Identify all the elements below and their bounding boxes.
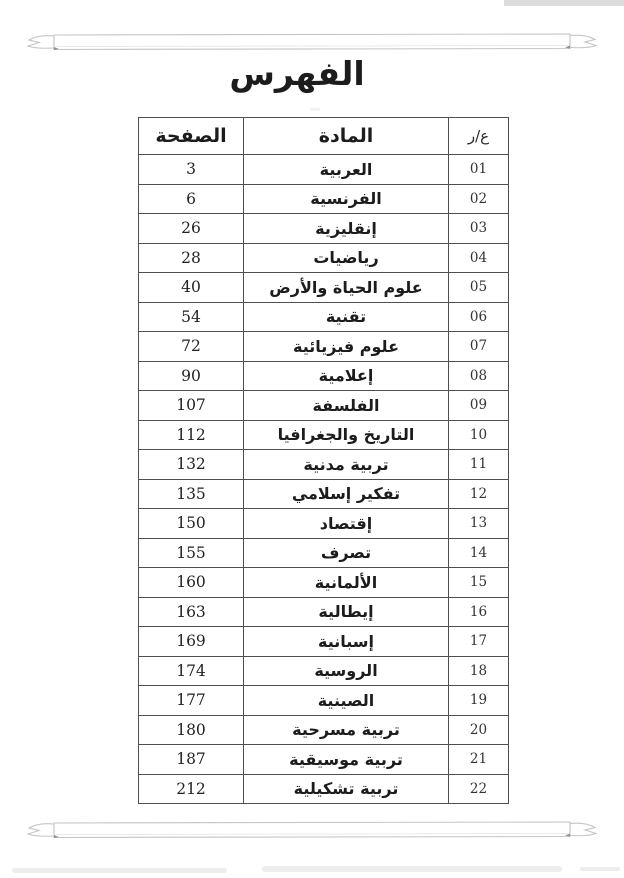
row-page: 155 — [139, 538, 244, 568]
table-row: 20 تربية مسرحية 180 — [139, 715, 509, 745]
row-number: 14 — [449, 538, 509, 568]
row-number: 05 — [449, 273, 509, 303]
table-row: 15 الألمانية 160 — [139, 568, 509, 598]
row-page: 112 — [139, 420, 244, 450]
table-row: 22 تربية تشكيلية 212 — [139, 774, 509, 804]
row-page: 72 — [139, 332, 244, 362]
row-subject: تربية تشكيلية — [244, 774, 449, 804]
row-page: 169 — [139, 627, 244, 657]
scan-artifact — [12, 868, 227, 873]
row-number: 02 — [449, 184, 509, 214]
row-page: 180 — [139, 715, 244, 745]
row-subject: تربية مسرحية — [244, 715, 449, 745]
table-row: 17 إسبانية 169 — [139, 627, 509, 657]
row-subject: إنقليزية — [244, 214, 449, 244]
row-subject: إقتصاد — [244, 509, 449, 539]
row-number: 13 — [449, 509, 509, 539]
row-subject: إيطالية — [244, 597, 449, 627]
ribbon-ornament-bottom — [26, 817, 598, 851]
row-page: 28 — [139, 243, 244, 273]
table-row: 21 تربية موسيقية 187 — [139, 745, 509, 775]
row-page: 40 — [139, 273, 244, 303]
row-page: 3 — [139, 155, 244, 185]
row-page: 107 — [139, 391, 244, 421]
table-row: 03 إنقليزية 26 — [139, 214, 509, 244]
row-number: 20 — [449, 715, 509, 745]
row-number: 07 — [449, 332, 509, 362]
row-number: 09 — [449, 391, 509, 421]
table-row: 13 إقتصاد 150 — [139, 509, 509, 539]
table-row: 02 الفرنسية 6 — [139, 184, 509, 214]
row-number: 17 — [449, 627, 509, 657]
row-number: 03 — [449, 214, 509, 244]
row-page: 26 — [139, 214, 244, 244]
row-number: 19 — [449, 686, 509, 716]
toc-table: ع/ر المادة الصفحة 01 العربية 3 02 الفرنس… — [138, 117, 509, 804]
row-page: 132 — [139, 450, 244, 480]
row-subject: تقنية — [244, 302, 449, 332]
row-number: 10 — [449, 420, 509, 450]
scan-artifact — [262, 866, 562, 872]
row-subject: علوم الحياة والأرض — [244, 273, 449, 303]
row-subject: التاريخ والجغرافيا — [244, 420, 449, 450]
row-subject: الصينية — [244, 686, 449, 716]
row-subject: علوم فيزيائية — [244, 332, 449, 362]
row-page: 163 — [139, 597, 244, 627]
table-row: 19 الصينية 177 — [139, 686, 509, 716]
header-page: الصفحة — [139, 118, 244, 155]
row-number: 21 — [449, 745, 509, 775]
row-subject: إعلامية — [244, 361, 449, 391]
row-number: 15 — [449, 568, 509, 598]
row-number: 16 — [449, 597, 509, 627]
page-title: الفهرس — [0, 54, 594, 93]
row-number: 06 — [449, 302, 509, 332]
row-page: 187 — [139, 745, 244, 775]
row-page: 6 — [139, 184, 244, 214]
row-page: 90 — [139, 361, 244, 391]
row-page: 160 — [139, 568, 244, 598]
row-page: 212 — [139, 774, 244, 804]
scan-artifact-corner — [504, 0, 624, 6]
table-row: 14 تصرف 155 — [139, 538, 509, 568]
row-subject: تفكير إسلامي — [244, 479, 449, 509]
table-row: 11 تربية مدنية 132 — [139, 450, 509, 480]
toc-table-body: 01 العربية 3 02 الفرنسية 6 03 إنقليزية 2… — [139, 155, 509, 804]
row-number: 04 — [449, 243, 509, 273]
row-number: 11 — [449, 450, 509, 480]
table-row: 08 إعلامية 90 — [139, 361, 509, 391]
table-row: 05 علوم الحياة والأرض 40 — [139, 273, 509, 303]
row-number: 22 — [449, 774, 509, 804]
scan-artifact — [580, 867, 620, 871]
row-subject: إسبانية — [244, 627, 449, 657]
row-page: 54 — [139, 302, 244, 332]
row-subject: الفلسفة — [244, 391, 449, 421]
row-page: 177 — [139, 686, 244, 716]
table-row: 06 تقنية 54 — [139, 302, 509, 332]
table-row: 18 الروسية 174 — [139, 656, 509, 686]
table-row: 12 تفكير إسلامي 135 — [139, 479, 509, 509]
table-header-row: ع/ر المادة الصفحة — [139, 118, 509, 155]
row-page: 150 — [139, 509, 244, 539]
row-page: 135 — [139, 479, 244, 509]
row-subject: الروسية — [244, 656, 449, 686]
row-subject: الفرنسية — [244, 184, 449, 214]
table-row: 10 التاريخ والجغرافيا 112 — [139, 420, 509, 450]
row-page: 174 — [139, 656, 244, 686]
row-number: 08 — [449, 361, 509, 391]
document-page: الفهرس ع/ر المادة الصفحة 01 العربية 3 02… — [0, 0, 624, 878]
table-row: 16 إيطالية 163 — [139, 597, 509, 627]
row-subject: تربية موسيقية — [244, 745, 449, 775]
scan-artifact — [310, 108, 320, 111]
row-number: 12 — [449, 479, 509, 509]
row-subject: العربية — [244, 155, 449, 185]
header-number: ع/ر — [449, 118, 509, 155]
row-subject: الألمانية — [244, 568, 449, 598]
row-subject: رياضيات — [244, 243, 449, 273]
row-number: 18 — [449, 656, 509, 686]
table-row: 07 علوم فيزيائية 72 — [139, 332, 509, 362]
row-number: 01 — [449, 155, 509, 185]
table-row: 01 العربية 3 — [139, 155, 509, 185]
table-row: 04 رياضيات 28 — [139, 243, 509, 273]
row-subject: تصرف — [244, 538, 449, 568]
table-row: 09 الفلسفة 107 — [139, 391, 509, 421]
row-subject: تربية مدنية — [244, 450, 449, 480]
header-subject: المادة — [244, 118, 449, 155]
